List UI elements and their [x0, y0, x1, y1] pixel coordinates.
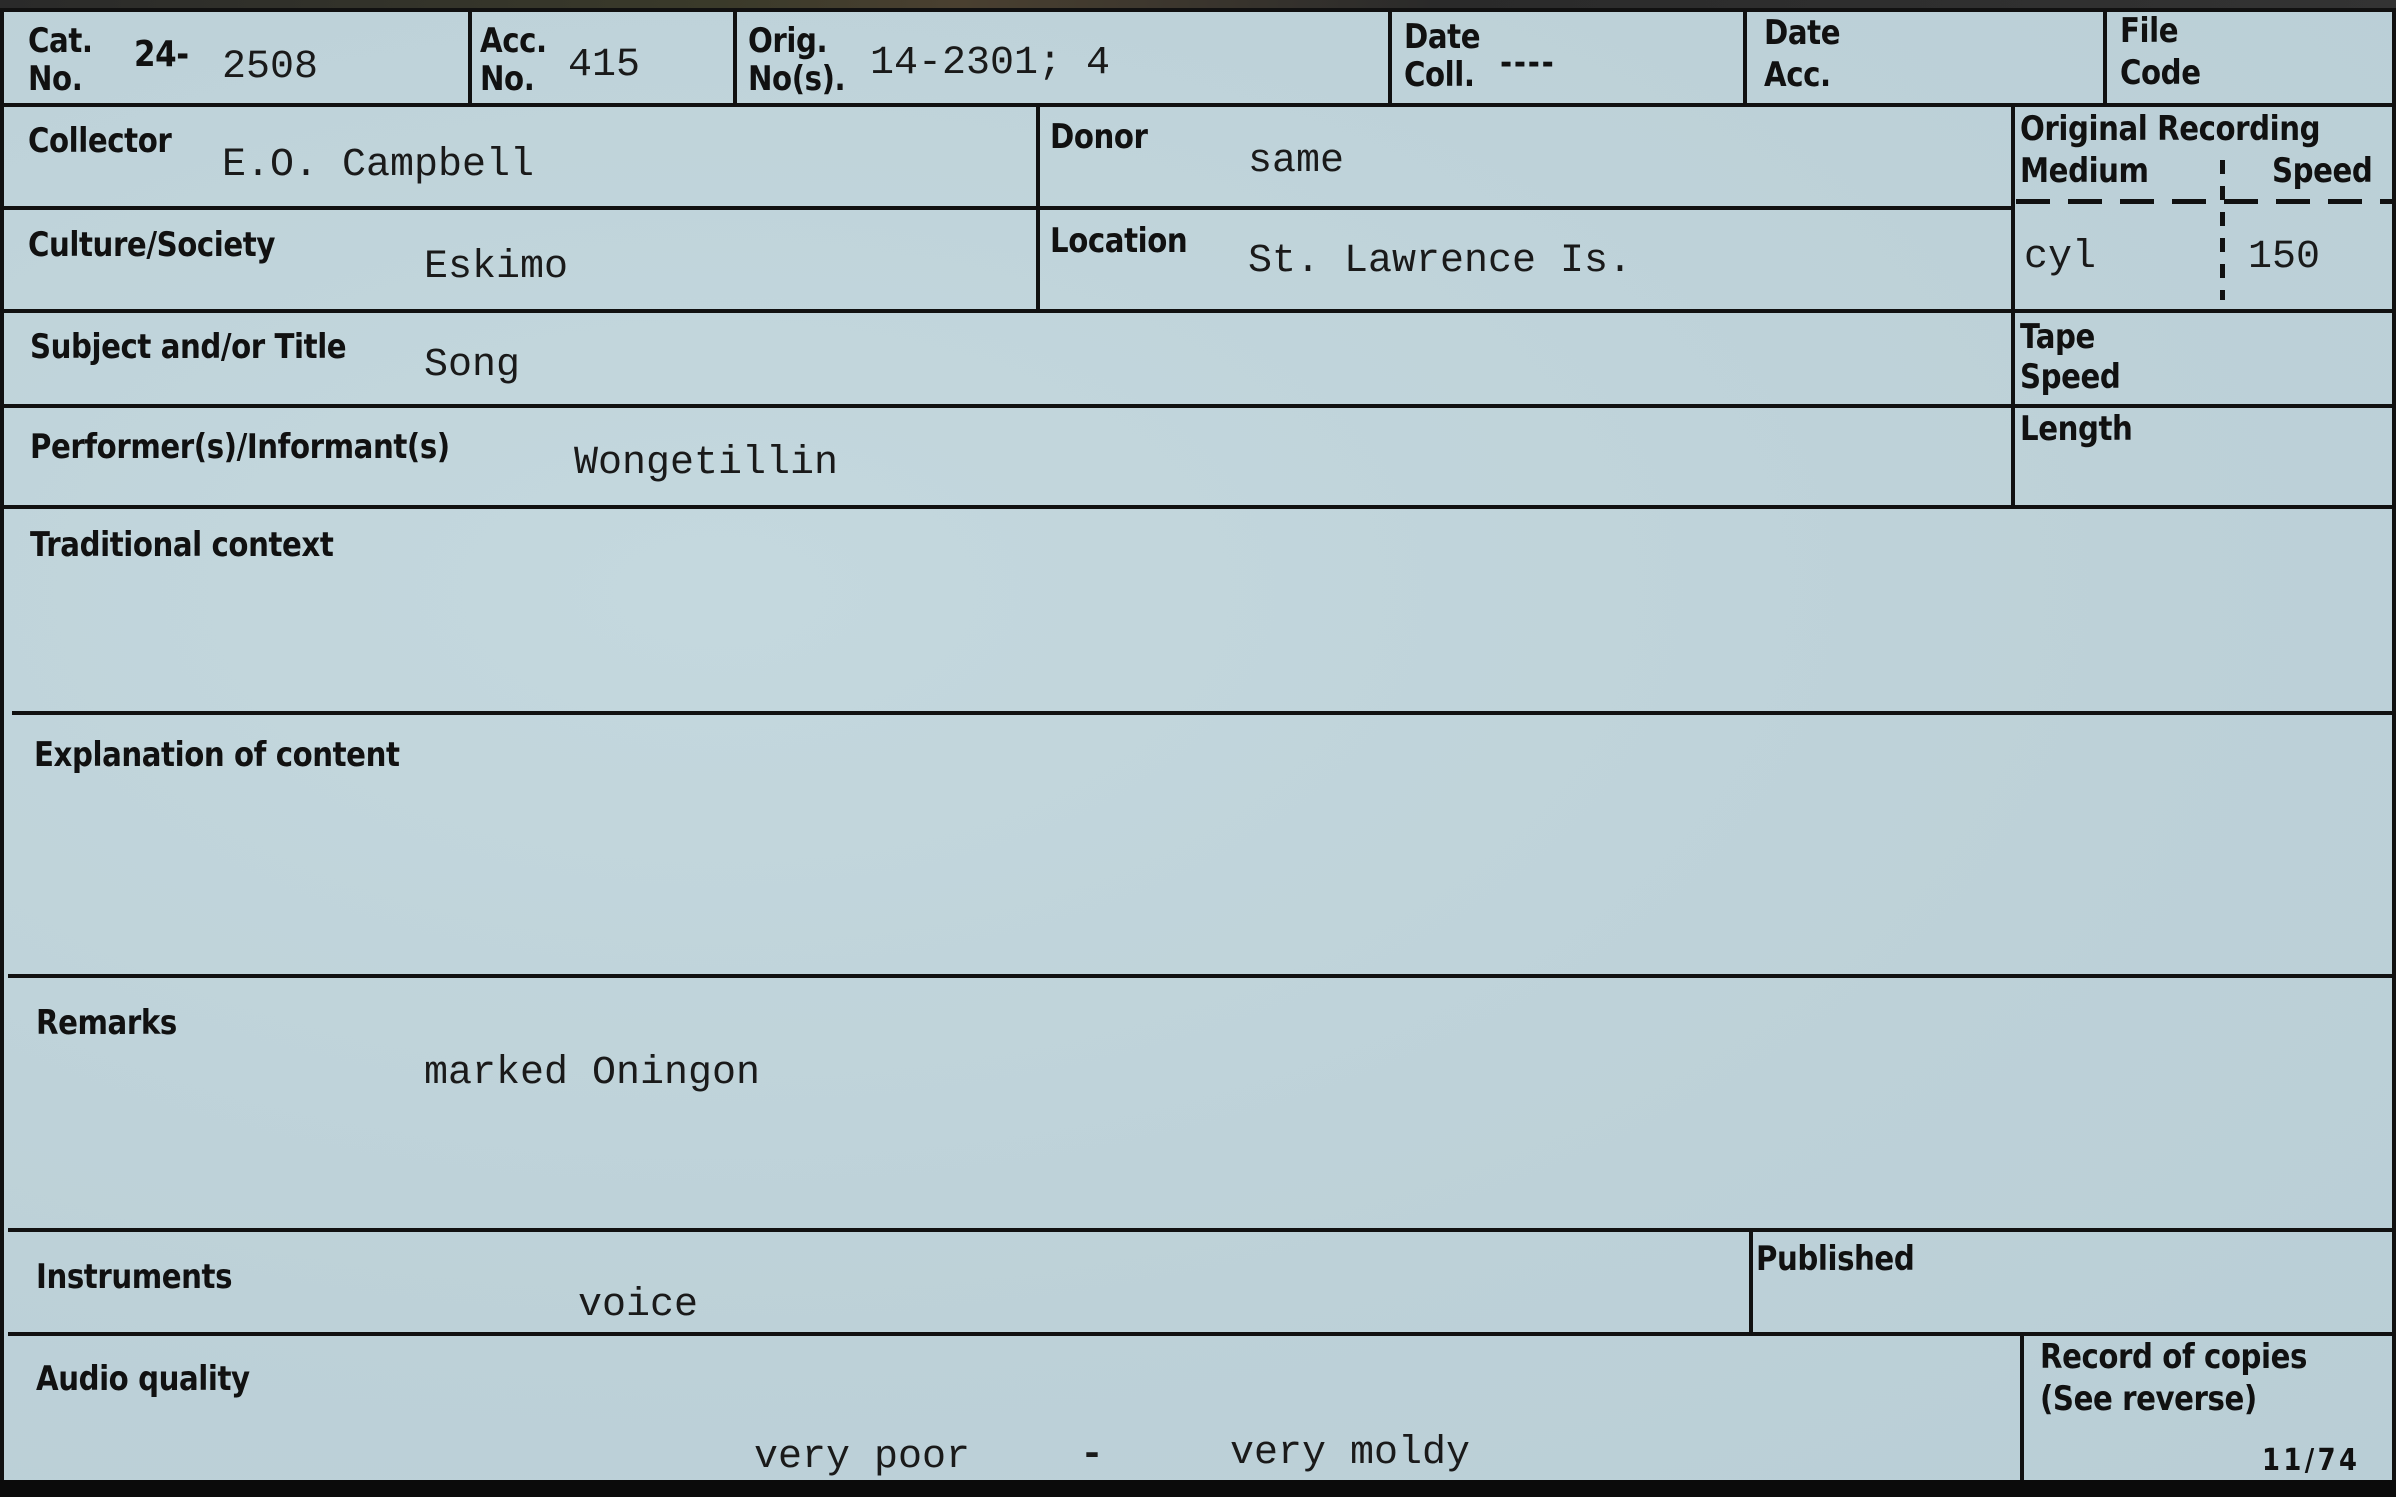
rule	[8, 1332, 2396, 1336]
explanation-label: Explanation of content	[34, 736, 400, 774]
rule	[0, 8, 4, 1480]
cat-no-prefix: 24-	[134, 36, 189, 74]
donor-value: same	[1248, 140, 1344, 184]
rule	[8, 1228, 2396, 1232]
subject-label: Subject and/or Title	[30, 328, 346, 366]
rule	[0, 505, 2396, 509]
tape-speed-label-2: Speed	[2020, 358, 2120, 396]
remarks-label: Remarks	[36, 1004, 177, 1042]
culture-label: Culture/Society	[28, 226, 275, 264]
file-code-label-1: File	[2120, 12, 2178, 50]
location-value: St. Lawrence Is.	[1248, 240, 1632, 284]
instruments-value: voice	[578, 1284, 698, 1328]
rule	[0, 404, 2396, 408]
collector-value: E.O. Campbell	[222, 144, 534, 188]
traditional-context-label: Traditional context	[30, 526, 333, 564]
rule	[1036, 103, 1040, 309]
instruments-label: Instruments	[36, 1258, 232, 1296]
speed-value: 150	[2248, 236, 2320, 280]
catalog-card: Cat. No. 24- 2508 Acc. No. 415 Orig. No(…	[0, 0, 2396, 1480]
audio-quality-label: Audio quality	[36, 1360, 250, 1398]
acc-no-label-1: Acc.	[480, 22, 547, 60]
rule	[2011, 103, 2015, 507]
remarks-value: marked Oningon	[424, 1052, 760, 1096]
date-coll-label-2: Coll.	[1404, 56, 1475, 94]
card-top-edge	[0, 0, 2396, 8]
rule	[2103, 8, 2107, 105]
date-acc-label-1: Date	[1764, 14, 1840, 52]
rule	[1743, 8, 1747, 105]
rule	[8, 974, 2396, 978]
dashed-divider	[2016, 199, 2396, 204]
subject-value: Song	[424, 344, 520, 388]
rule	[2020, 1332, 2024, 1480]
rule	[0, 309, 2396, 313]
record-of-copies-label-1: Record of copies	[2040, 1338, 2307, 1376]
cat-no-value: 2508	[222, 46, 318, 90]
performer-value: Wongetillin	[574, 442, 838, 486]
cat-no-label-1: Cat.	[28, 22, 93, 60]
acc-no-value: 415	[568, 44, 640, 88]
rule	[1749, 1228, 1753, 1332]
original-recording-title: Original Recording	[2020, 110, 2320, 148]
published-label: Published	[1756, 1240, 1914, 1278]
rule	[468, 8, 472, 105]
audio-quality-value-1: very poor	[754, 1436, 970, 1480]
acc-no-label-2: No.	[480, 60, 534, 98]
date-coll-label-1: Date	[1404, 18, 1480, 56]
orig-nos-label-2: No(s).	[748, 60, 845, 98]
donor-label: Donor	[1050, 118, 1148, 156]
performer-label: Performer(s)/Informant(s)	[30, 428, 450, 466]
rule	[1388, 8, 1392, 105]
audio-quality-separator: -	[1080, 1434, 1104, 1478]
rule	[0, 103, 2396, 107]
medium-value: cyl	[2024, 236, 2096, 280]
orig-nos-label-1: Orig.	[748, 22, 827, 60]
rule	[0, 8, 2396, 12]
file-code-label-2: Code	[2120, 54, 2201, 92]
rule	[0, 206, 2012, 210]
rule	[2392, 8, 2396, 1480]
length-label: Length	[2020, 410, 2132, 448]
tape-speed-label-1: Tape	[2020, 318, 2095, 356]
rule	[733, 8, 737, 105]
culture-value: Eskimo	[424, 246, 568, 290]
record-of-copies-footnote: 11/74	[2262, 1442, 2360, 1480]
rule	[12, 711, 2396, 715]
orig-nos-value: 14-2301; 4	[870, 42, 1110, 86]
collector-label: Collector	[28, 122, 171, 160]
record-of-copies-label-2: (See reverse)	[2040, 1380, 2257, 1418]
medium-label: Medium	[2020, 152, 2149, 190]
date-coll-value: ----	[1500, 44, 1555, 82]
audio-quality-value-2: very moldy	[1230, 1432, 1470, 1476]
dashed-divider	[2220, 160, 2225, 300]
speed-label: Speed	[2272, 152, 2372, 190]
cat-no-label-2: No.	[28, 60, 82, 98]
location-label: Location	[1050, 222, 1187, 260]
date-acc-label-2: Acc.	[1764, 56, 1831, 94]
